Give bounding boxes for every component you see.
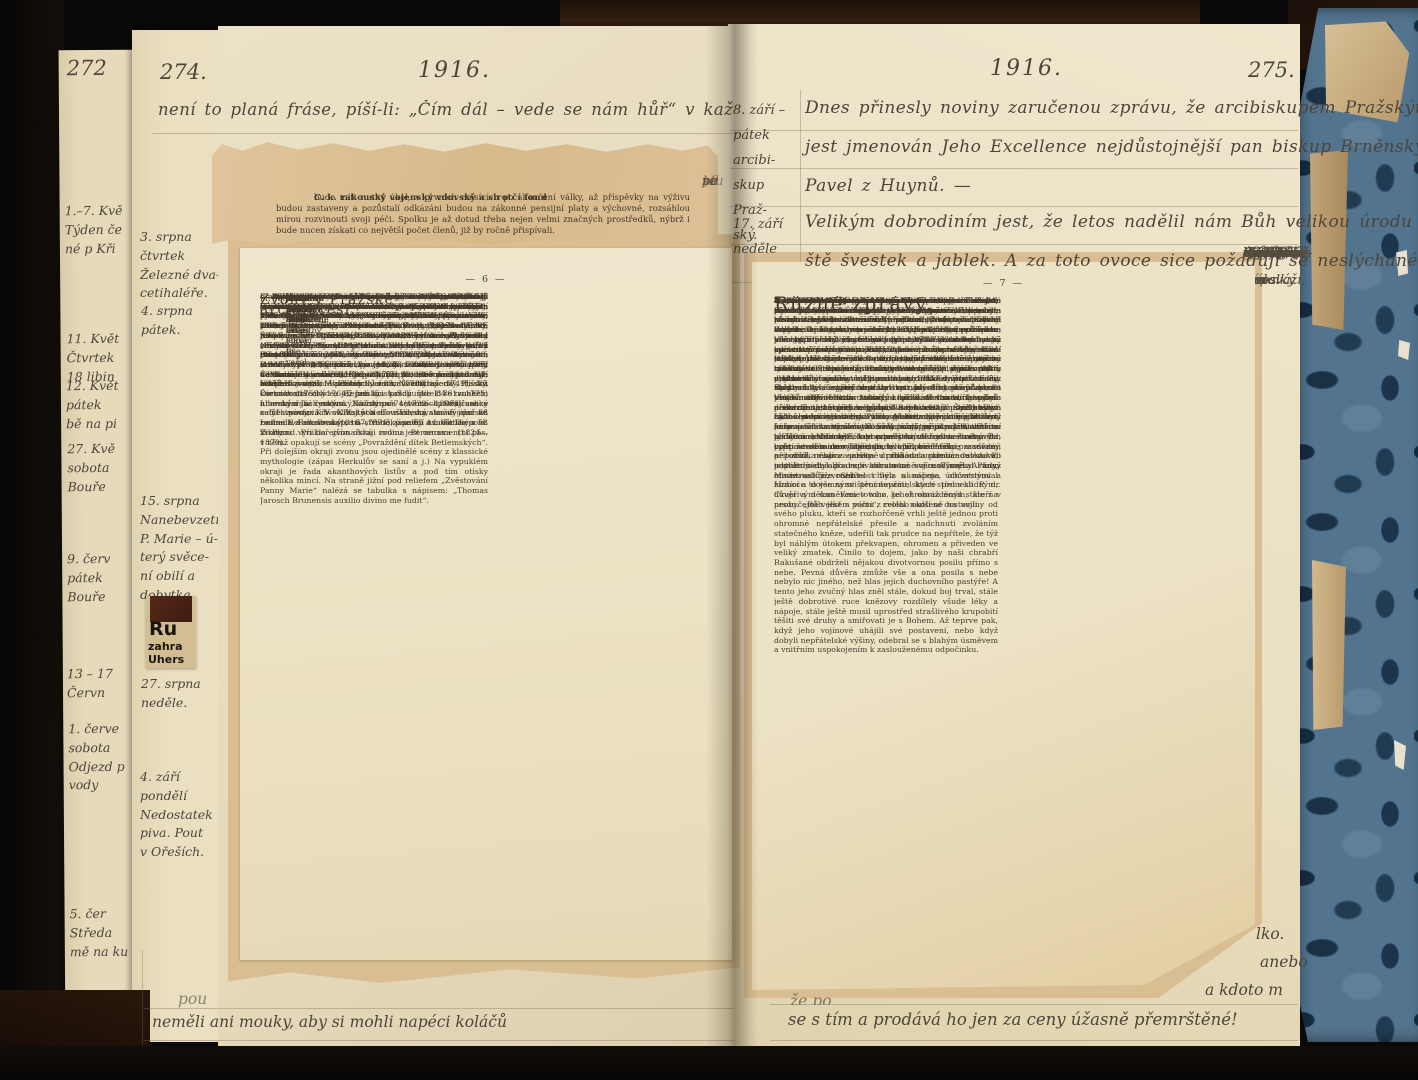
handwritten-line-left: není to planá fráse, píší-li: „Čím dál –… bbox=[158, 100, 733, 119]
clipping-page-number: — 6 — bbox=[240, 274, 732, 285]
diary-entry-line: Dnes přinesly noviny zaručenou zprávu, ž… bbox=[805, 98, 1418, 118]
fund-clipping: C. k. rakouský vojenský vdovský a sirotč… bbox=[212, 140, 718, 247]
margin-note: 4. srpna pátek. bbox=[141, 302, 225, 340]
marbled-book-cover bbox=[1290, 8, 1418, 1042]
photo-background-bottom bbox=[0, 1046, 1418, 1080]
photo-background-left bbox=[0, 0, 64, 1080]
diary-entry-line: Velikým dobrodiním jest, že letos naděli… bbox=[805, 212, 1418, 232]
headline-fragment-text: Ru bbox=[149, 618, 177, 640]
handwriting-fragment: a kdoto m bbox=[1205, 981, 1283, 999]
year-header-right: 1916. bbox=[990, 56, 1063, 81]
margin-note: 3. srpna čtvrtek Železné dva- cetihaléře… bbox=[140, 228, 224, 303]
page-number-275: 275. bbox=[1248, 58, 1295, 82]
headline-fragment-text: zahra bbox=[148, 640, 183, 653]
scanned-chronicle-photo: 272 1.–7. Kvě Týden če né p Kři 11. Květ… bbox=[0, 0, 1418, 1080]
clipping-column-2: o nich v tomto přehledu učiněna výslovná… bbox=[260, 292, 488, 942]
clipping-column-2: šestnáctileté děvče Karolina Kosková v o… bbox=[774, 296, 1001, 984]
paper-tab bbox=[1310, 150, 1348, 330]
margin-note: 4. září pondělí Nedostatek piva. Pout v … bbox=[140, 768, 224, 862]
printed-clipping-page7: — 7 — lil, tamnější měšťanské dcery hojn… bbox=[752, 262, 1255, 990]
margin-note: 15. srpna Nanebevzetí P. Marie – ú- terý… bbox=[140, 492, 224, 605]
newspaper-headline-fragment: Ru zahra Uhers bbox=[146, 596, 196, 668]
margin-note: 27. srpna neděle. bbox=[141, 675, 225, 713]
handwriting-fragment: lko. bbox=[1256, 925, 1284, 943]
clipping-page-number: — 7 — bbox=[752, 278, 1255, 289]
year-header-left: 1916. bbox=[418, 58, 491, 83]
page-number-272: 272 bbox=[67, 56, 107, 80]
paper-tab bbox=[1312, 560, 1346, 730]
diary-entry-line: jest jmenován Jeho Excellence nejdůstojn… bbox=[805, 137, 1418, 157]
bottom-note-right: se s tím a prodává ho jen za ceny úžasně… bbox=[788, 1010, 1238, 1029]
page-number-274: 274. bbox=[160, 60, 207, 84]
page-margin-274: 274. 3. srpna čtvrtek Železné dva- cetih… bbox=[132, 30, 220, 1042]
headline-fragment-text: Uhers bbox=[148, 653, 184, 666]
handwriting-fragment: anebo bbox=[1260, 953, 1308, 971]
entry-date-margin: 17. září neděle bbox=[733, 212, 799, 262]
diary-entry-line: Pavel z Huynů. — bbox=[805, 176, 971, 196]
diary-entry-line: ště švestek a jablek. A za toto ovoce si… bbox=[805, 251, 1418, 271]
handwriting-fragment: pou bbox=[178, 990, 207, 1008]
partially-hidden-line: že po bbox=[790, 992, 1210, 1005]
bottom-note-left: neměli ani mouky, aby si mohli napéci ko… bbox=[152, 1013, 507, 1031]
page-edge-272: 272 1.–7. Kvě Týden če né p Kři 11. Květ… bbox=[59, 50, 140, 1040]
printed-clipping-page6: — 6 — Skromný dárek něžné dušejest ten l… bbox=[240, 248, 732, 960]
